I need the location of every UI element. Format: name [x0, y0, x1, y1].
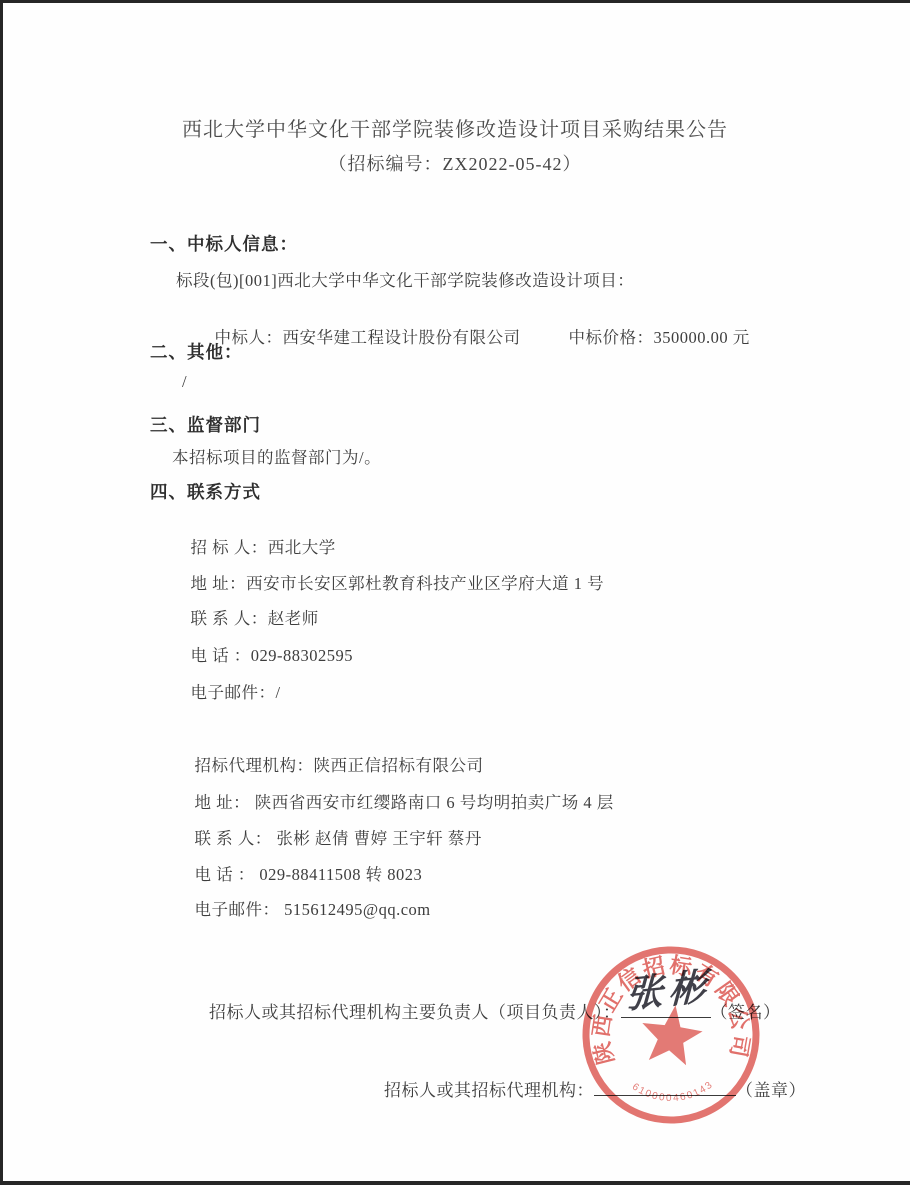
- section3-content: 本招标项目的监督部门为/。: [172, 444, 381, 468]
- tenderer-email-line: 电子邮件：/: [172, 659, 281, 723]
- signature-line-2-label: 招标人或其招标代理机构：: [384, 1081, 594, 1100]
- seal-graphic: 陕西正信招标有限公司 610000460143: [573, 937, 770, 1134]
- scan-edge-left: [0, 0, 3, 1185]
- lot-line: 标段(包)[001]西北大学中华文化干部学院装修改造设计项目：: [176, 267, 634, 291]
- signature-line-1-label: 招标人或其招标代理机构主要负责人（项目负责人）：: [209, 1003, 621, 1022]
- winner-line: 中标人：西安华建工程设计股份有限公司中标价格：350000.00 元: [196, 304, 750, 368]
- tenderer-email-label: 电子邮件：: [191, 683, 276, 702]
- scan-edge-top: [0, 0, 910, 3]
- agency-email-line: 电子邮件： 515612495@qq.com: [176, 876, 431, 940]
- tenderer-email-value: /: [276, 683, 281, 702]
- tender-number: （招标编号：ZX2022-05-42）: [0, 150, 910, 176]
- winner-value: 西安华建工程设计股份有限公司: [283, 328, 521, 347]
- document-title: 西北大学中华文化干部学院装修改造设计项目采购结果公告: [0, 113, 910, 142]
- company-seal-stamp: 陕西正信招标有限公司 610000460143: [573, 937, 770, 1134]
- agency-email-value: 515612495@qq.com: [280, 900, 431, 919]
- document-page: 西北大学中华文化干部学院装修改造设计项目采购结果公告 （招标编号：ZX2022-…: [0, 0, 910, 1185]
- agency-email-label: 电子邮件：: [195, 900, 280, 919]
- price-value: 350000.00 元: [654, 328, 750, 347]
- svg-text:610000460143: 610000460143: [630, 1079, 717, 1106]
- section1-heading: 一、中标人信息：: [150, 231, 298, 256]
- seal-star-icon: [637, 1001, 705, 1067]
- seal-serial-number: 610000460143: [630, 1079, 717, 1106]
- price-label: 中标价格：: [569, 328, 654, 347]
- section4-heading: 四、联系方式: [150, 479, 261, 504]
- section3-heading: 三、监督部门: [150, 412, 261, 437]
- section2-content: /: [182, 372, 187, 392]
- section2-heading: 二、其他：: [150, 339, 243, 364]
- scan-edge-bottom: [0, 1181, 910, 1185]
